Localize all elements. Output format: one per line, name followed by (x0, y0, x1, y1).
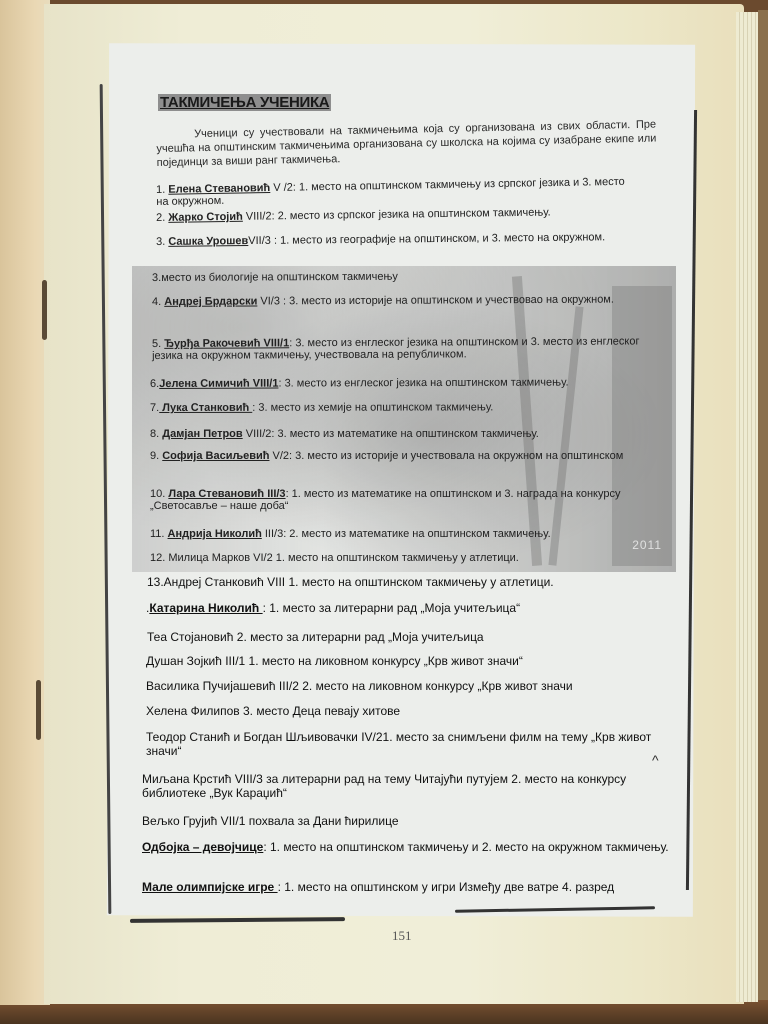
entry-name: Жарко Стојић (168, 211, 243, 224)
list-item: Хелена Филипов 3. место Деца певају хито… (146, 704, 656, 718)
entry-text: Василика Пучијашевић III/2 2. место на л… (146, 679, 573, 693)
entry-name: Елена Стевановић (168, 182, 270, 196)
entry-text: : 1. место на општинском такмичењу и 2. … (263, 840, 668, 854)
list-item: 6.Јелена Симичић VIII/1: 3. место из енг… (150, 376, 650, 390)
entry-number: 2. (156, 212, 168, 224)
entry-name: Лука Станковић (159, 402, 252, 414)
page-number: 151 (392, 928, 412, 944)
list-item: 10. Лара Стевановић III/3: 1. место из м… (150, 488, 640, 512)
entry-number: 8. (150, 428, 162, 440)
list-item: 7. Лука Станковић : 3. место из хемије н… (150, 401, 650, 414)
entry-name: Сашка Урошев (168, 235, 248, 248)
entry-number: 10. (150, 488, 168, 500)
list-item: Теодор Станић и Богдан Шљивовачки IV/21.… (146, 730, 666, 758)
entry-text: VI/3 : 3. место из историје на општинско… (257, 294, 614, 308)
page-title: ТАКМИЧЕЊА УЧЕНИКА (158, 94, 331, 111)
entry-text: Хелена Филипов 3. место Деца певају хито… (146, 704, 400, 718)
entry-text: 3.место из биологије на општинском такми… (152, 271, 398, 284)
list-item: Одбојка – девојчице: 1. место на општинс… (142, 840, 672, 854)
list-item: 8. Дамјан Петров VIII/2: 3. место из мат… (150, 428, 650, 440)
list-item: .Катарина Николић : 1. место за литерарн… (146, 601, 656, 615)
entry-number: 6. (150, 378, 159, 390)
entry-number: 11. (150, 528, 168, 540)
list-item: Василика Пучијашевић III/2 2. место на л… (146, 679, 666, 693)
entry-text: Душан Зојкић III/1 1. место на ликовном … (146, 654, 523, 668)
background-photo: 2011 (132, 266, 676, 572)
list-item: 9. Софија Васиљевић V/2: 3. место из ист… (150, 450, 630, 462)
entry-name: Андрија Николић (168, 528, 262, 540)
entry-name: Јелена Симичић VIII/1 (159, 378, 278, 390)
left-page (0, 0, 50, 1005)
list-item: Вељко Грујић VII/1 похвала за Дани ћирил… (142, 814, 652, 828)
entry-text: V/2: 3. место из историје и учествовала … (269, 450, 623, 462)
entry-name: Мале олимпијске игре (142, 880, 278, 894)
entry-number: 5. (152, 338, 164, 350)
caret-mark: ^ (652, 752, 659, 768)
building (612, 286, 672, 566)
binding-tab (42, 280, 47, 340)
list-item: 3.место из биологије на општинском такми… (152, 269, 632, 284)
list-item: 5. Ђурђа Ракочевић VIII/1: 3. место из е… (152, 335, 652, 362)
entry-name: Одбојка – девојчице (142, 840, 263, 854)
entry-name: Софија Васиљевић (162, 450, 269, 462)
entry-text: 13.Андреј Станковић VIII 1. место на опш… (147, 575, 554, 589)
entry-name: Дамјан Петров (162, 428, 242, 440)
entry-text: III/3: 2. место из математике на општинс… (262, 528, 551, 540)
entry-text: 12. Милица Марков VI/2 1. место на општи… (150, 552, 519, 564)
entry-number: 3. (156, 236, 168, 248)
list-item: Мале олимпијске игре : 1. место на општи… (142, 880, 672, 894)
entry-text: Миљана Крстић VIII/3 за литерарни рад на… (142, 772, 626, 800)
entry-number: 9. (150, 450, 162, 462)
list-item: Теа Стојановић 2. место за литерарни рад… (147, 630, 657, 644)
entry-text: : 1. место на општинском у игри Између д… (278, 880, 615, 894)
list-item: 13.Андреј Станковић VIII 1. место на опш… (147, 575, 657, 589)
entry-number: 4. (152, 296, 164, 308)
entry-name: Лара Стевановић III/3 (168, 488, 285, 500)
entry-text: Теа Стојановић 2. место за литерарни рад… (147, 630, 484, 644)
book-cover-edge (758, 10, 768, 1000)
entry-number: 1. (156, 184, 168, 196)
entry-text: Вељко Грујић VII/1 похвала за Дани ћирил… (142, 814, 399, 828)
entry-text: VIII/2: 3. место из математике на општин… (243, 428, 539, 440)
entry-name: Андреј Брдарски (164, 295, 257, 307)
binding-tab (36, 680, 41, 740)
entry-text: : 3. место из хемије на општинском такми… (252, 401, 493, 413)
list-item: 4. Андреј Брдарски VI/3 : 3. место из ис… (152, 293, 632, 308)
list-item: Душан Зојкић III/1 1. место на ликовном … (146, 654, 656, 668)
entry-number: 7. (150, 402, 159, 414)
entry-name: Ђурђа Ракочевић VIII/1 (164, 337, 289, 350)
list-item: 11. Андрија Николић III/3: 2. место из м… (150, 528, 650, 540)
photo-year: 2011 (632, 538, 662, 552)
entry-text: : 3. место из енглеског језика на општин… (278, 377, 568, 390)
list-item: 12. Милица Марков VI/2 1. место на општи… (150, 552, 650, 564)
entry-text: : 1. место за литерарни рад „Моја учитељ… (263, 601, 521, 615)
list-item: Миљана Крстић VIII/3 за литерарни рад на… (142, 772, 672, 800)
page-stack-edges (736, 12, 758, 1002)
tree-trunk (512, 276, 542, 566)
entry-text: Теодор Станић и Богдан Шљивовачки IV/21.… (146, 730, 651, 758)
entry-name: Катарина Николић (149, 601, 262, 615)
